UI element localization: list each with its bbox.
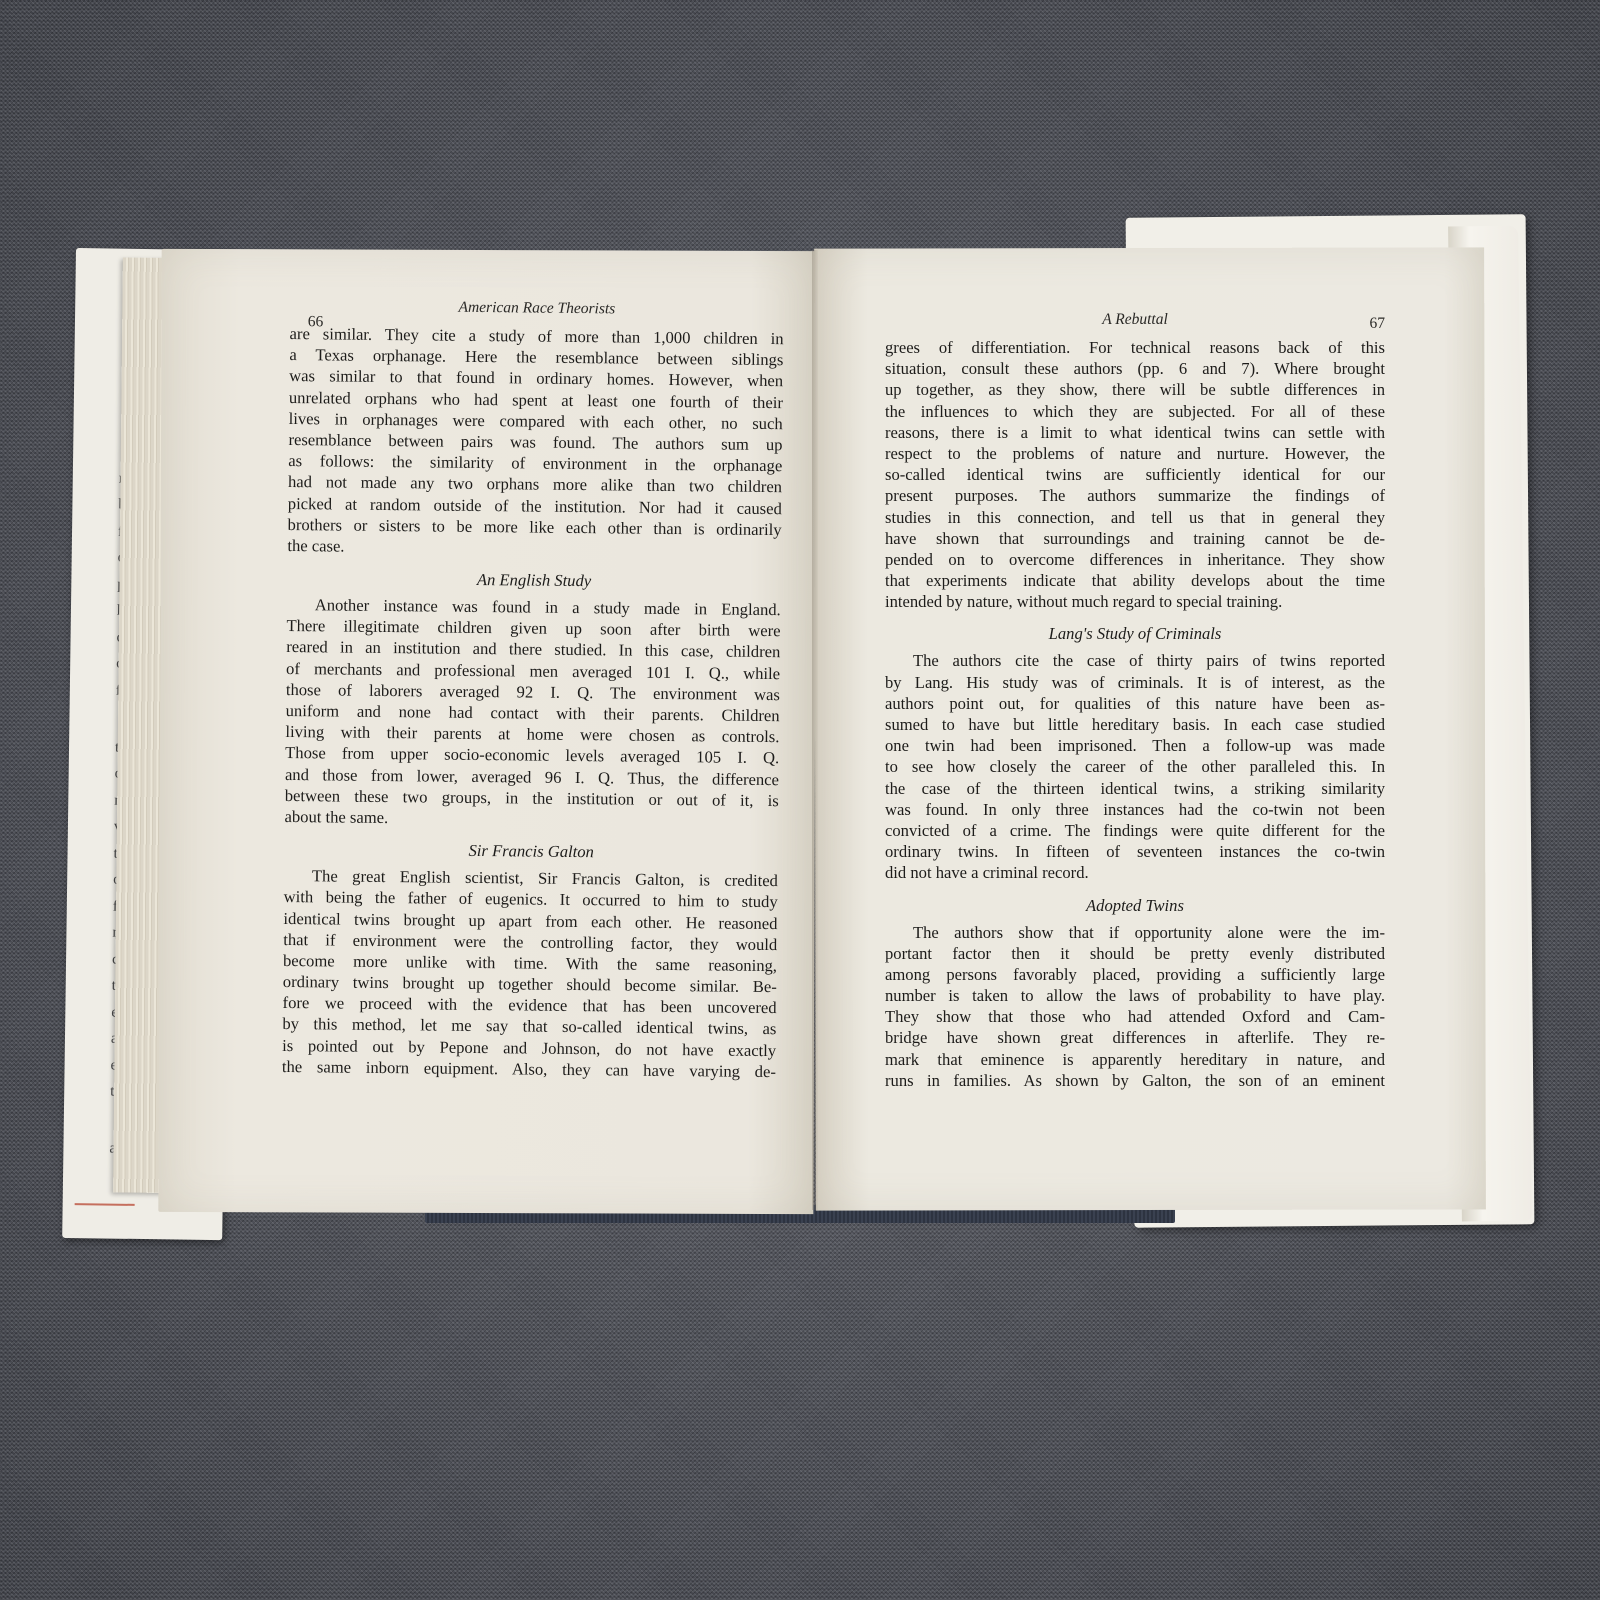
text-line: runs in families. As shown by Galton, th… [885, 1070, 1385, 1091]
right-running-head: A Rebuttal 67 [885, 311, 1385, 337]
text-line: so-called identical twins are sufficient… [885, 464, 1385, 485]
text-line: number is taken to allow the laws of pro… [885, 985, 1385, 1006]
section-heading: Lang's Study of Criminals [885, 618, 1385, 650]
text-line: respect to the problems of nature and nu… [885, 443, 1385, 464]
running-head-title-right: A Rebuttal [885, 311, 1385, 329]
section-heading: An English Study [287, 562, 781, 599]
text-line: studies in this connection, and tell us … [885, 507, 1385, 528]
section-heading: Sir Francis Galton [284, 833, 778, 870]
text-line: sumed to have but little hereditary basi… [885, 714, 1385, 735]
left-page-body: are similar. They cite a study of more t… [282, 323, 784, 1082]
text-line: was found. In only three instances had t… [885, 799, 1385, 820]
running-head-title-left: American Race Theorists [290, 297, 784, 320]
text-line: bridge have shown great differences in a… [885, 1027, 1385, 1048]
text-line: ordinary twins. In fifteen of seventeen … [885, 841, 1385, 862]
text-line: to see how closely the career of the oth… [885, 756, 1385, 777]
text-line: convicted of a crime. The findings were … [885, 820, 1385, 841]
text-line: by Lang. His study was of criminals. It … [885, 672, 1385, 693]
text-line: that experiments indicate that ability d… [885, 570, 1385, 591]
text-line: The authors cite the case of thirty pair… [885, 650, 1385, 671]
text-line: They show that those who had attended Ox… [885, 1006, 1385, 1027]
page-number-right: 67 [1370, 315, 1386, 333]
text-line: have shown that surroundings and trainin… [885, 528, 1385, 549]
text-line: intended by nature, without much regard … [885, 591, 1385, 612]
text-line: authors point out, for qualities of this… [885, 693, 1385, 714]
text-line: reasons, there is a limit to what identi… [885, 422, 1385, 443]
section-heading: Adopted Twins [885, 890, 1385, 922]
text-line: pended on to overcome differences in inh… [885, 549, 1385, 570]
text-line: among persons favorably placed, providin… [885, 964, 1385, 985]
text-line: did not have a criminal record. [885, 862, 1385, 883]
right-page-body: grees of differentiation. For technical … [885, 337, 1385, 1091]
text-line: present purposes. The authors summarize … [885, 485, 1385, 506]
page-number-left: 66 [308, 313, 324, 331]
text-line: up together, as they show, there will be… [885, 379, 1385, 400]
book-gutter [812, 250, 818, 1210]
left-page-text: 66 American Race Theorists are similar. … [282, 297, 784, 1082]
text-line: the influences to which they are subject… [885, 401, 1385, 422]
right-page-text: A Rebuttal 67 grees of differentiation. … [885, 311, 1385, 1091]
text-line: situation, consult these authors (pp. 6 … [885, 358, 1385, 379]
text-line: grees of differentiation. For technical … [885, 337, 1385, 358]
jacket-red-rule-bottom [75, 1203, 135, 1206]
text-line: the case of the thirteen identical twins… [885, 778, 1385, 799]
text-line: mark that eminence is apparently heredit… [885, 1049, 1385, 1070]
text-line: one twin had been imprisoned. Then a fol… [885, 735, 1385, 756]
text-line: The authors show that if opportunity alo… [885, 922, 1385, 943]
left-running-head: 66 American Race Theorists [290, 297, 784, 328]
text-line: portant factor then it should be pretty … [885, 943, 1385, 964]
